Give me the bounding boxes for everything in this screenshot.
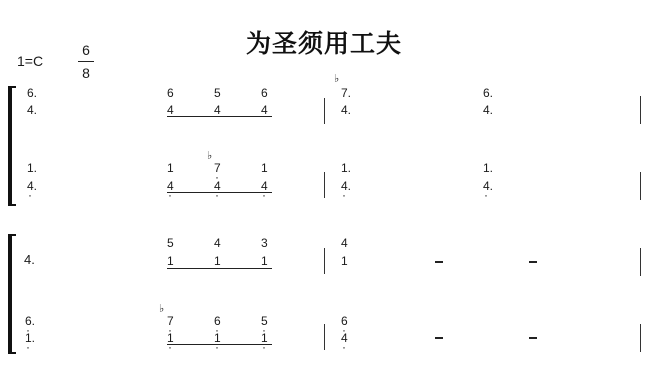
- note: 7: [214, 161, 221, 175]
- note: 1.: [483, 161, 493, 175]
- note: 1.: [27, 161, 37, 175]
- note: 7: [167, 314, 174, 328]
- note: 1: [261, 161, 268, 175]
- barline: [324, 324, 325, 350]
- note: 6.: [25, 314, 35, 328]
- time-denominator: 8: [78, 63, 94, 83]
- note: 1: [214, 331, 221, 345]
- note: 6: [341, 314, 348, 328]
- barline: [324, 172, 325, 198]
- note: 6.: [483, 86, 493, 100]
- key-signature: 1=C: [17, 53, 43, 69]
- note: 1: [167, 161, 174, 175]
- note: 1: [167, 331, 174, 345]
- note: 1.: [25, 331, 35, 345]
- note: 4.: [24, 253, 35, 267]
- barline: [640, 324, 641, 352]
- note: 6: [261, 86, 268, 100]
- note: 4: [167, 179, 174, 193]
- note: 1: [261, 331, 268, 345]
- note: 1: [261, 254, 268, 268]
- song-title: 为圣须用工夫: [0, 24, 648, 60]
- note: 4.: [341, 103, 351, 117]
- note: 4.: [341, 179, 351, 193]
- note: 4: [214, 179, 221, 193]
- beam-line: [167, 268, 272, 269]
- barline: [324, 98, 325, 124]
- rest-dash: [435, 337, 443, 339]
- note: 6.: [27, 86, 37, 100]
- note: 5: [261, 314, 268, 328]
- note: 1.: [341, 161, 351, 175]
- note: 4: [261, 103, 268, 117]
- note: 6: [214, 314, 221, 328]
- note: 3: [261, 236, 268, 250]
- barline: [324, 248, 325, 274]
- barline: [640, 172, 641, 200]
- note: 7.: [341, 86, 351, 100]
- note: 1: [341, 254, 348, 268]
- note: 4.: [483, 103, 493, 117]
- note: 4: [167, 103, 174, 117]
- time-signature: 6 8: [78, 40, 94, 83]
- system-1-bracket: [8, 86, 16, 206]
- note: 6: [167, 86, 174, 100]
- note: 4.: [483, 179, 493, 193]
- note: 1: [167, 254, 174, 268]
- barline: [640, 248, 641, 276]
- note: 4.: [27, 179, 37, 193]
- beam-line: [167, 116, 272, 117]
- note: 4: [261, 179, 268, 193]
- note: 4: [341, 236, 348, 250]
- note: 4.: [27, 103, 37, 117]
- flat-icon: ♭: [207, 149, 212, 162]
- rest-dash: [435, 261, 443, 263]
- flat-icon: ♭: [334, 72, 339, 85]
- note: 4: [214, 236, 221, 250]
- note: 1: [214, 254, 221, 268]
- beam-line: [167, 344, 272, 345]
- rest-dash: [529, 337, 537, 339]
- system-2-bracket: [8, 234, 16, 354]
- note: 5: [167, 236, 174, 250]
- note: 4: [341, 331, 348, 345]
- fraction-line: [78, 61, 94, 62]
- flat-icon: ♭: [159, 302, 164, 315]
- note: 5: [214, 86, 221, 100]
- beam-line: [167, 192, 272, 193]
- time-numerator: 6: [78, 40, 94, 60]
- barline: [640, 96, 641, 124]
- note: 4: [214, 103, 221, 117]
- rest-dash: [529, 261, 537, 263]
